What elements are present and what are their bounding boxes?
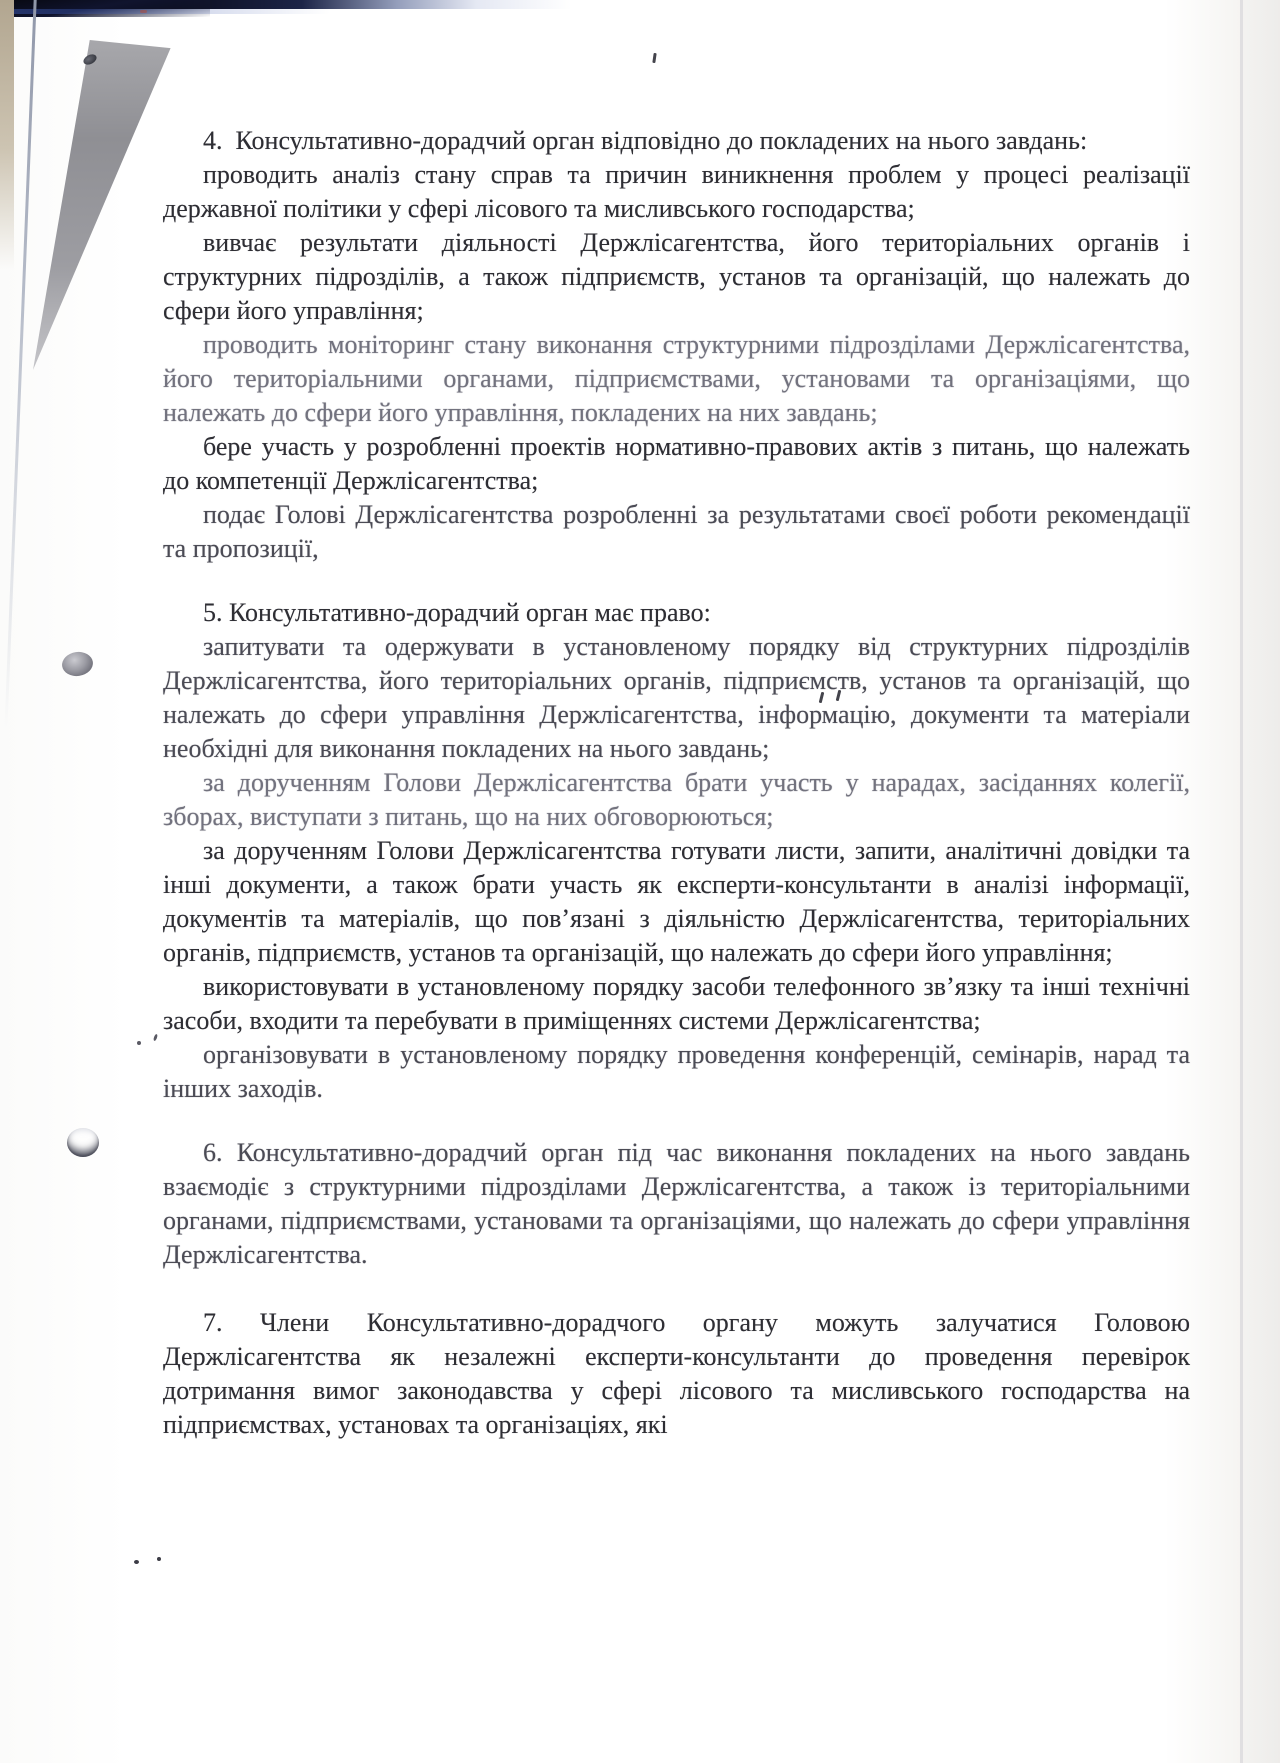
pen-tick-mark xyxy=(652,53,656,63)
scan-right-margin xyxy=(1243,0,1280,1763)
section-5-item-3: за дорученням Голови Держлісагентства го… xyxy=(163,834,1190,970)
hole-punch-mark xyxy=(60,650,94,678)
hole-punch-mark xyxy=(67,1128,99,1157)
section-4-item-1: проводить аналіз стану справ та причин в… xyxy=(163,158,1190,226)
section-5-item-4: використовувати в установленому порядку … xyxy=(163,970,1190,1038)
section-7-paragraph: 7. Члени Консультативно-дорадчого органу… xyxy=(163,1306,1190,1442)
section-5-item-2: за дорученням Голови Держлісагентства бр… xyxy=(163,766,1190,834)
section-5-heading: 5. Консультативно-дорадчий орган має пра… xyxy=(163,596,1190,630)
section-5-item-1: запитувати та одержувати в установленому… xyxy=(163,630,1190,766)
scan-top-blue-fringe xyxy=(0,9,330,14)
underlying-cover-edge xyxy=(0,0,14,270)
section-4-item-5: подає Голові Держлісагентства розробленн… xyxy=(163,498,1190,566)
scan-red-speck xyxy=(140,10,147,13)
section-4-heading: 4. Консультативно-дорадчий орган відпові… xyxy=(163,124,1190,158)
section-4-item-4: бере участь у розробленні проектів норма… xyxy=(163,430,1190,498)
section-4-item-3: проводить моніторинг стану виконання стр… xyxy=(163,328,1190,430)
ink-speck xyxy=(134,1560,139,1564)
section-5-item-5: організовувати в установленому порядку п… xyxy=(163,1038,1190,1106)
ink-speck xyxy=(157,1557,161,1561)
section-4-item-2: вивчає результати діяльності Держлісаген… xyxy=(163,226,1190,328)
ink-speck xyxy=(137,1041,141,1045)
ink-speck xyxy=(153,1034,158,1042)
scanned-page: 4. Консультативно-дорадчий орган відпові… xyxy=(0,0,1280,1763)
document-text: 4. Консультативно-дорадчий орган відпові… xyxy=(163,124,1190,1442)
section-6-paragraph: 6. Консультативно-дорадчий орган під час… xyxy=(163,1136,1190,1272)
folded-corner-shadow xyxy=(28,38,175,374)
page-right-edge-line xyxy=(1240,0,1243,1763)
